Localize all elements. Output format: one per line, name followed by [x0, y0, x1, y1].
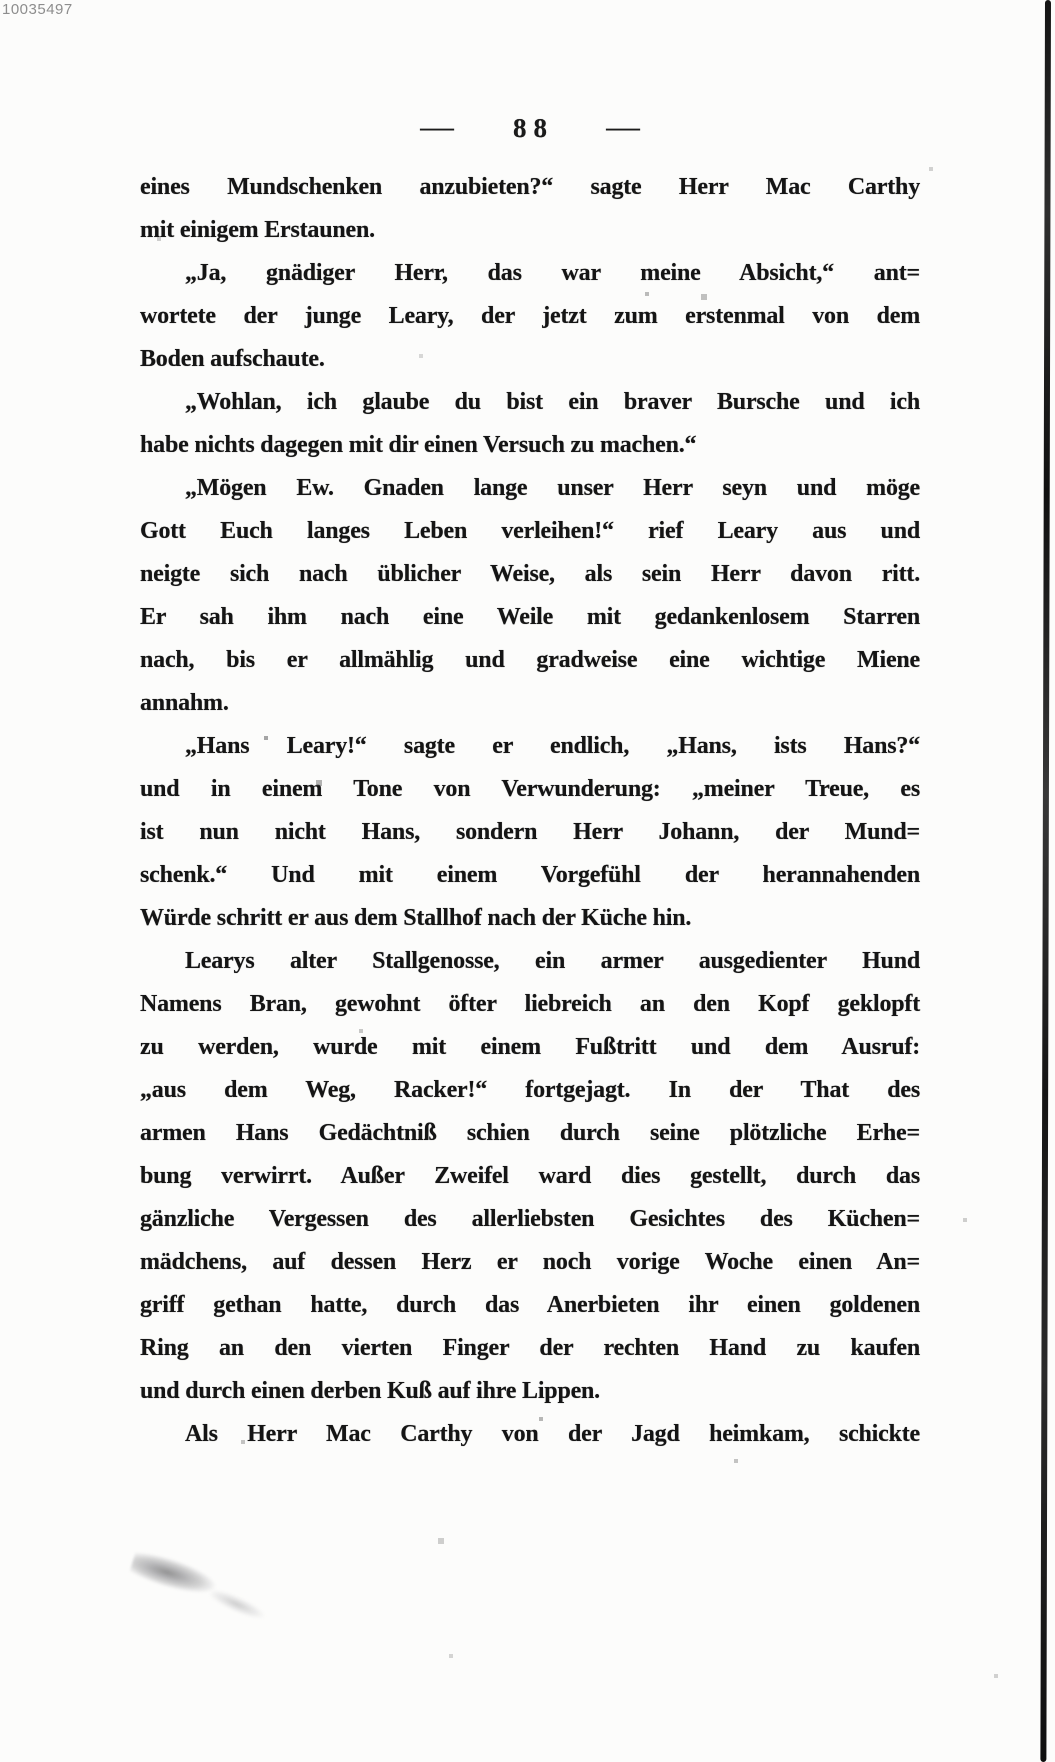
text-line: Gott Euch langes Leben verleihen!“ rief …	[140, 510, 920, 553]
text-line: griff gethan hatte, durch das Anerbieten…	[140, 1284, 920, 1327]
text-line: Namens Bran, gewohnt öfter liebreich an …	[140, 983, 920, 1026]
text-line: ist nun nicht Hans, sondern Herr Johann,…	[140, 811, 920, 854]
header-dash-right: —	[606, 113, 640, 143]
scan-id-number: 10035497	[2, 1, 73, 18]
text-line: annahm.	[140, 682, 920, 725]
text-line: Würde schritt er aus dem Stallhof nach d…	[140, 897, 920, 940]
text-line: „Wohlan, ich glaube du bist ein braver B…	[140, 381, 920, 424]
text-line: „Hans Leary!“ sagte er endlich, „Hans, i…	[140, 725, 920, 768]
text-line: schenk.“ Und mit einem Vorgefühl der her…	[140, 854, 920, 897]
text-line: zu werden, wurde mit einem Fußtritt und …	[140, 1026, 920, 1069]
text-line: und in einem Tone von Verwunderung: „mei…	[140, 768, 920, 811]
text-line: armen Hans Gedächtniß schien durch seine…	[140, 1112, 920, 1155]
scanned-book-page: 10035497 — 88 — eines Mundschenken anzub…	[0, 0, 1055, 1762]
text-line: eines Mundschenken anzubieten?“ sagte He…	[140, 166, 920, 209]
page-edge-shadow	[1040, 0, 1051, 1762]
body-text-block: eines Mundschenken anzubieten?“ sagte He…	[140, 166, 920, 1456]
text-line: wortete der junge Leary, der jetzt zum e…	[140, 295, 920, 338]
text-line: mit einigem Erstaunen.	[140, 209, 920, 252]
text-line: „Ja, gnädiger Herr, das war meine Absich…	[140, 252, 920, 295]
text-line: bung verwirrt. Außer Zweifel ward dies g…	[140, 1155, 920, 1198]
text-line: Ring an den vierten Finger der rechten H…	[140, 1327, 920, 1370]
text-line: habe nichts dagegen mit dir einen Versuc…	[140, 424, 920, 467]
text-line: mädchens, auf dessen Herz er noch vorige…	[140, 1241, 920, 1284]
text-line: „aus dem Weg, Racker!“ fortgejagt. In de…	[140, 1069, 920, 1112]
text-line: Als Herr Mac Carthy von der Jagd heimkam…	[140, 1413, 920, 1456]
text-line: „Mögen Ew. Gnaden lange unser Herr seyn …	[140, 467, 920, 510]
scan-dust-speckles	[0, 0, 2, 2]
text-line: und durch einen derben Kuß auf ihre Lipp…	[140, 1370, 920, 1413]
header-dash-left: —	[420, 113, 454, 143]
text-line: neigte sich nach üblicher Weise, als sei…	[140, 553, 920, 596]
text-line: nach, bis er allmählig und gradweise ein…	[140, 639, 920, 682]
text-line: gänzliche Vergessen des allerliebsten Ge…	[140, 1198, 920, 1241]
text-line: Er sah ihm nach eine Weile mit gedankenl…	[140, 596, 920, 639]
page-number: 88	[506, 113, 554, 144]
text-line: Learys alter Stallgenosse, ein armer aus…	[140, 940, 920, 983]
text-line: Boden aufschaute.	[140, 338, 920, 381]
page-header: — 88 —	[140, 108, 920, 148]
